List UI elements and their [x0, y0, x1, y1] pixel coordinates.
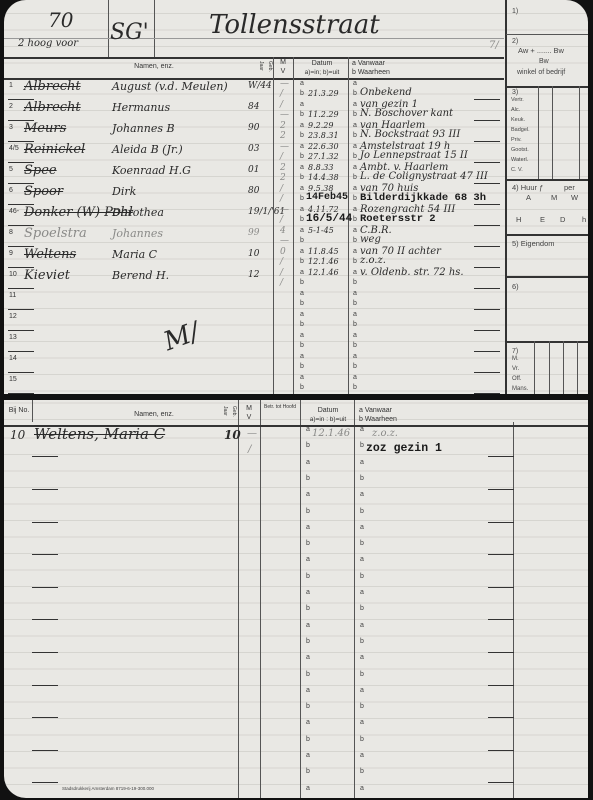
label-b: b — [306, 736, 310, 743]
label-b: b — [300, 321, 304, 328]
row-number: 11 — [9, 292, 16, 299]
row-divider-right — [474, 309, 500, 310]
facility-label: Waterl. — [511, 157, 528, 163]
label-b: b — [300, 384, 304, 391]
label-b: b — [306, 508, 310, 515]
label-b: b — [300, 258, 304, 265]
place-to: z.o.z. — [360, 255, 386, 266]
rent-m: M — [551, 193, 557, 202]
label-a: a — [353, 185, 357, 192]
label-b: b — [300, 216, 304, 223]
facility-label: Priv. — [511, 137, 522, 143]
s7-grid-3 — [563, 341, 564, 394]
facility-label: Badgel. — [511, 127, 530, 133]
place-to: L. de Colignystraat 47 III — [360, 171, 488, 182]
date-in: 22.6.30 — [308, 142, 339, 151]
row-divider-right — [488, 750, 514, 751]
box-3-label: 3) — [512, 89, 518, 96]
row-divider-right — [474, 225, 500, 226]
rent-h: H — [516, 215, 521, 224]
birth-year: 80 — [248, 186, 259, 196]
label-a: a — [300, 80, 304, 87]
place-to: N. Boschover kant — [360, 108, 453, 119]
label-a: a — [306, 687, 310, 694]
label-a: a — [300, 143, 304, 150]
house-number: 70 — [48, 8, 73, 32]
row-number: 15 — [9, 376, 17, 383]
row-divider-right — [474, 204, 500, 205]
label-a: a — [353, 164, 357, 171]
label-b: b — [353, 153, 357, 160]
corner-note: 7/ — [489, 40, 499, 51]
sex-v: / — [280, 215, 283, 225]
row-divider-right — [488, 522, 514, 523]
label-a: a — [300, 227, 304, 234]
box-2-line2: Bw — [539, 58, 549, 65]
col-to: b Waarheen — [359, 415, 397, 424]
label-a: a — [360, 622, 364, 629]
label-a: a — [353, 248, 357, 255]
row-number: 3 — [9, 124, 13, 131]
row-number: 6 — [9, 187, 13, 194]
label-a: a — [353, 332, 357, 339]
box-7-label: 7) — [512, 348, 518, 355]
row-divider — [8, 372, 34, 373]
col-birth-year: Geb. Jaar — [228, 403, 238, 419]
row-divider — [32, 489, 58, 490]
label-b: b — [360, 768, 364, 775]
row-number: 1 — [9, 82, 13, 89]
place-to: Bilderdijkkade 68 3h — [360, 192, 486, 204]
label-b: b — [306, 671, 310, 678]
sex-v: — — [280, 236, 289, 246]
label-b: b — [353, 132, 357, 139]
birth-year: 12 — [248, 270, 259, 280]
label-b: b — [360, 540, 364, 547]
birth-year: 01 — [248, 165, 259, 175]
row-divider — [32, 554, 58, 555]
registration-card-front: 70 2 hoog voor SG' Tollensstraat 7/ Name… — [4, 0, 588, 394]
date-out: 11.2.29 — [308, 110, 339, 119]
date-out: 14.4.38 — [308, 173, 339, 182]
label-b: b — [360, 442, 364, 449]
sex-col-line — [260, 400, 261, 798]
birth-year: 10 — [248, 249, 259, 259]
sex-m: 2 — [280, 121, 286, 131]
box-2-line3: winkel of bedrijf — [517, 69, 565, 76]
col-to: b Waarheen — [352, 68, 390, 77]
date-out: 21.3.29 — [308, 89, 339, 98]
col-date: Datum — [302, 406, 354, 415]
s3-grid-3 — [579, 86, 580, 179]
row-divider — [32, 587, 58, 588]
row-divider-right — [488, 489, 514, 490]
label-b: b — [353, 342, 357, 349]
bijno-line — [32, 400, 33, 422]
col-date-sub: a)=in; b)=uit — [296, 68, 348, 77]
col-bij-no: Bij No. — [8, 406, 30, 415]
label-a: a — [300, 248, 304, 255]
row-divider — [8, 309, 34, 310]
row-divider-right — [488, 456, 514, 457]
sex-v: / — [280, 257, 283, 267]
date-in: 11.8.45 — [308, 247, 339, 256]
sidebar-div-1 — [506, 34, 588, 35]
label-b: b — [360, 736, 364, 743]
date-in: 8.8.33 — [308, 163, 333, 172]
label-b: b — [353, 258, 357, 265]
label-b: b — [300, 90, 304, 97]
sex-m: / — [280, 184, 283, 194]
row-divider-right — [488, 619, 514, 620]
label-b: b — [300, 279, 304, 286]
occupant-label: Off. — [512, 376, 522, 382]
label-b: b — [353, 174, 357, 181]
sex-m: 0 — [280, 247, 286, 257]
birth-year: 90 — [248, 123, 259, 133]
given-names: Johannes — [112, 227, 163, 240]
col-from: a Vanwaar — [352, 59, 385, 68]
rent-w: W — [571, 193, 578, 202]
s7-grid-2 — [549, 341, 550, 394]
given-names: Koenraad H.G — [112, 164, 191, 177]
row-divider-right — [488, 782, 514, 783]
row-divider — [32, 456, 58, 457]
row-divider-right — [474, 393, 500, 394]
row-number: 2 — [9, 103, 13, 110]
surname: Spoor — [24, 184, 63, 199]
year-col-line — [273, 57, 274, 394]
rent-d: D — [560, 215, 565, 224]
surname: Spoelstra — [24, 226, 87, 241]
header-divider-v1 — [108, 0, 109, 57]
label-a: a — [353, 269, 357, 276]
row-divider-right — [474, 183, 500, 184]
label-a: a — [306, 556, 310, 563]
label-b: b — [306, 540, 310, 547]
sidebar-div-6 — [506, 341, 588, 343]
label-b: b — [300, 237, 304, 244]
sidebar-line — [505, 0, 507, 394]
col-sex-v: V — [242, 413, 256, 422]
initials-mark: M/ — [160, 317, 204, 357]
date-out: 16/5/44 — [306, 213, 352, 225]
label-a: a — [360, 719, 364, 726]
facility-label: Vertr. — [511, 97, 524, 103]
row-number: 10 — [9, 271, 17, 278]
occupant-label: Vr. — [512, 366, 519, 372]
date-out: 23.8.31 — [308, 131, 339, 140]
date-in: 12.1.46 — [312, 428, 350, 439]
label-b: b — [300, 195, 304, 202]
facility-label: Alc. — [511, 107, 520, 113]
label-a: a — [360, 785, 364, 792]
place-to: zoz gezin 1 — [366, 442, 442, 455]
label-a: a — [353, 311, 357, 318]
label-a: a — [353, 122, 357, 129]
sex-m: — — [280, 79, 289, 89]
sidebar-div-2 — [506, 86, 588, 88]
row-divider-right — [488, 685, 514, 686]
sex-v: / — [280, 152, 283, 162]
col-sex-m: M — [276, 58, 290, 67]
row-divider-right — [474, 351, 500, 352]
label-a: a — [306, 719, 310, 726]
sex-v: — — [280, 110, 289, 120]
label-b: b — [360, 638, 364, 645]
given-names: Dirk — [112, 185, 136, 198]
label-b: b — [300, 342, 304, 349]
label-a: a — [353, 206, 357, 213]
label-b: b — [300, 132, 304, 139]
label-b: b — [353, 90, 357, 97]
row-divider — [32, 782, 58, 783]
given-names: Aleida B (Jr.) — [112, 143, 183, 156]
label-a: a — [360, 752, 364, 759]
label-b: b — [360, 475, 364, 482]
label-a: a — [353, 227, 357, 234]
label-a: a — [306, 654, 310, 661]
col-from: a Vanwaar — [359, 406, 392, 415]
label-b: b — [353, 237, 357, 244]
label-a: a — [306, 752, 310, 759]
label-a: a — [353, 143, 357, 150]
sex-m: 4 — [280, 226, 286, 236]
row-divider-right — [474, 120, 500, 121]
label-b: b — [360, 508, 364, 515]
label-b: b — [306, 573, 310, 580]
birth-year: 03 — [248, 144, 259, 154]
s7-grid-1 — [534, 341, 535, 394]
label-b: b — [353, 363, 357, 370]
label-a: a — [306, 426, 310, 433]
label-b: b — [353, 111, 357, 118]
label-a: a — [360, 426, 364, 433]
row-divider — [32, 652, 58, 653]
label-b: b — [360, 671, 364, 678]
sex-v: / — [280, 278, 283, 288]
col-sex-v: V — [276, 67, 290, 76]
date-in: 9.2.29 — [308, 121, 333, 130]
year-col-line — [238, 400, 239, 798]
place-to: weg — [360, 234, 381, 245]
facility-label: C. V. — [511, 167, 523, 173]
row-divider-right — [488, 652, 514, 653]
birth-year: 99 — [248, 228, 259, 238]
label-a: a — [306, 524, 310, 531]
row-divider-right — [474, 267, 500, 268]
label-b: b — [360, 573, 364, 580]
birth-year: 10 — [224, 428, 241, 442]
occupant-label: M. — [512, 356, 519, 362]
row-divider-right — [488, 554, 514, 555]
label-a: a — [300, 164, 304, 171]
rent-a: A — [526, 193, 531, 202]
sex-m: — — [280, 142, 289, 152]
surname: Weltens — [24, 247, 76, 262]
row-divider — [32, 685, 58, 686]
sex-m: — — [280, 205, 289, 215]
row-divider-right — [488, 587, 514, 588]
row-divider-right — [474, 99, 500, 100]
row-divider — [32, 522, 58, 523]
col-sex-m: M — [242, 404, 256, 413]
s7-grid-4 — [577, 341, 578, 394]
box-2-line1: Aw + ....... Bw — [518, 46, 564, 55]
label-b: b — [360, 605, 364, 612]
row-number: 8 — [9, 229, 13, 236]
date-in: 5-1-45 — [308, 226, 334, 235]
label-b: b — [300, 363, 304, 370]
row-number: 4/5 — [9, 145, 19, 152]
place-to: Onbekend — [360, 87, 412, 98]
sidebar-div-3 — [506, 179, 588, 181]
date-out: 27.1.32 — [308, 152, 339, 161]
date-out: 12.1.46 — [308, 257, 339, 266]
sex-m: — — [247, 428, 257, 439]
place-to: N. Bockstraat 93 III — [360, 129, 460, 140]
row-divider — [8, 288, 34, 289]
row-divider-right — [474, 330, 500, 331]
printer-footer: Stadsdrukkerij Amsterdam 8719-6-19-300.0… — [62, 786, 154, 791]
row-divider-right — [474, 288, 500, 289]
sex-v: 2 — [280, 173, 286, 183]
district-code: SG' — [110, 20, 149, 45]
box-2-label: 2) — [512, 38, 518, 45]
occupant-label: Mans. — [512, 386, 528, 392]
label-b: b — [306, 605, 310, 612]
surname: Kieviet — [24, 268, 70, 283]
label-b: b — [306, 475, 310, 482]
label-a: a — [300, 353, 304, 360]
label-a: a — [360, 589, 364, 596]
sex-m: / — [280, 100, 283, 110]
floor-note: 2 hoog voor — [18, 38, 78, 49]
given-names: August (v.d. Meulen) — [112, 80, 228, 93]
surname: Spee — [24, 163, 57, 178]
label-a: a — [300, 332, 304, 339]
date-in: 12.1.46 — [308, 268, 339, 277]
label-b: b — [306, 768, 310, 775]
surname: Meurs — [24, 121, 66, 136]
box-4-per: per — [564, 183, 575, 192]
label-a: a — [300, 374, 304, 381]
col-date: Datum — [296, 59, 348, 68]
label-a: a — [360, 556, 364, 563]
row-divider — [32, 750, 58, 751]
label-a: a — [306, 491, 310, 498]
label-a: a — [306, 785, 310, 792]
sidebar-div-4 — [506, 234, 588, 236]
label-b: b — [306, 703, 310, 710]
name: Weltens, Maria C — [34, 425, 165, 443]
sex-v: / — [248, 444, 251, 455]
row-divider — [32, 717, 58, 718]
facility-label: Keuk. — [511, 117, 525, 123]
sex-m: / — [280, 268, 283, 278]
row-divider-right — [474, 372, 500, 373]
row-number: 14 — [9, 355, 17, 362]
label-a: a — [353, 374, 357, 381]
row-divider — [32, 619, 58, 620]
place-from: v. Oldenb. str. 72 hs. — [360, 267, 464, 278]
col-date-sub: a)=in : b)=uit — [302, 415, 354, 424]
row-divider-right — [474, 162, 500, 163]
label-a: a — [360, 491, 364, 498]
given-names: Johannes B — [112, 122, 175, 135]
street-name: Tollensstraat — [209, 10, 380, 40]
header-divider-v2 — [154, 0, 155, 57]
label-a: a — [306, 459, 310, 466]
date-out: 14Feb45 — [306, 192, 348, 203]
birth-year: 84 — [248, 102, 259, 112]
label-b: b — [300, 300, 304, 307]
row-number: 46- — [9, 208, 19, 215]
col-relation: Betr. tot Hoofd — [262, 404, 298, 410]
label-a: a — [360, 687, 364, 694]
row-divider — [8, 330, 34, 331]
box-6-label: 6) — [512, 282, 519, 291]
given-names: Hermanus — [112, 101, 170, 114]
registration-card-continuation: Bij No. Namen, enz. Geb. Jaar M V Betr. … — [4, 400, 588, 798]
label-b: b — [306, 442, 310, 449]
given-names: Dorothea — [112, 206, 164, 219]
label-a: a — [353, 80, 357, 87]
label-b: b — [353, 300, 357, 307]
label-a: a — [306, 622, 310, 629]
label-a: a — [360, 524, 364, 531]
bij-no: 10 — [10, 428, 25, 442]
label-a: a — [360, 459, 364, 466]
row-number: 12 — [9, 313, 17, 320]
header-divider — [4, 57, 504, 59]
col-names: Namen, enz. — [94, 410, 214, 419]
rent-e: E — [540, 215, 545, 224]
row-divider-right — [474, 141, 500, 142]
sex-v: 2 — [280, 131, 286, 141]
sidebar-div-5 — [506, 276, 588, 278]
date-col-line — [354, 400, 355, 798]
given-names: Berend H. — [112, 269, 169, 282]
label-b: b — [306, 638, 310, 645]
place-to: Jo Lennepstraat 15 II — [360, 150, 468, 161]
s3-grid-1 — [538, 86, 539, 179]
row-divider-right — [474, 246, 500, 247]
label-b: b — [360, 703, 364, 710]
box-4-label: 4) Huur ƒ — [512, 183, 543, 192]
label-a: a — [300, 101, 304, 108]
label-b: b — [300, 174, 304, 181]
relation-col-line — [300, 400, 301, 798]
date-col-line — [348, 57, 349, 394]
sex-v: / — [280, 194, 283, 204]
row-divider — [8, 393, 34, 394]
label-a: a — [300, 185, 304, 192]
row-number: 9 — [9, 250, 13, 257]
label-b: b — [353, 216, 357, 223]
label-a: a — [353, 353, 357, 360]
label-b: b — [353, 384, 357, 391]
right-col-line — [513, 422, 514, 798]
label-a: a — [360, 654, 364, 661]
label-a: a — [353, 290, 357, 297]
sex-v: / — [280, 89, 283, 99]
col-names: Namen, enz. — [94, 62, 214, 71]
box-1-label: 1) — [512, 8, 518, 15]
surname: Albrecht — [24, 79, 81, 94]
label-b: b — [353, 195, 357, 202]
label-b: b — [300, 111, 304, 118]
